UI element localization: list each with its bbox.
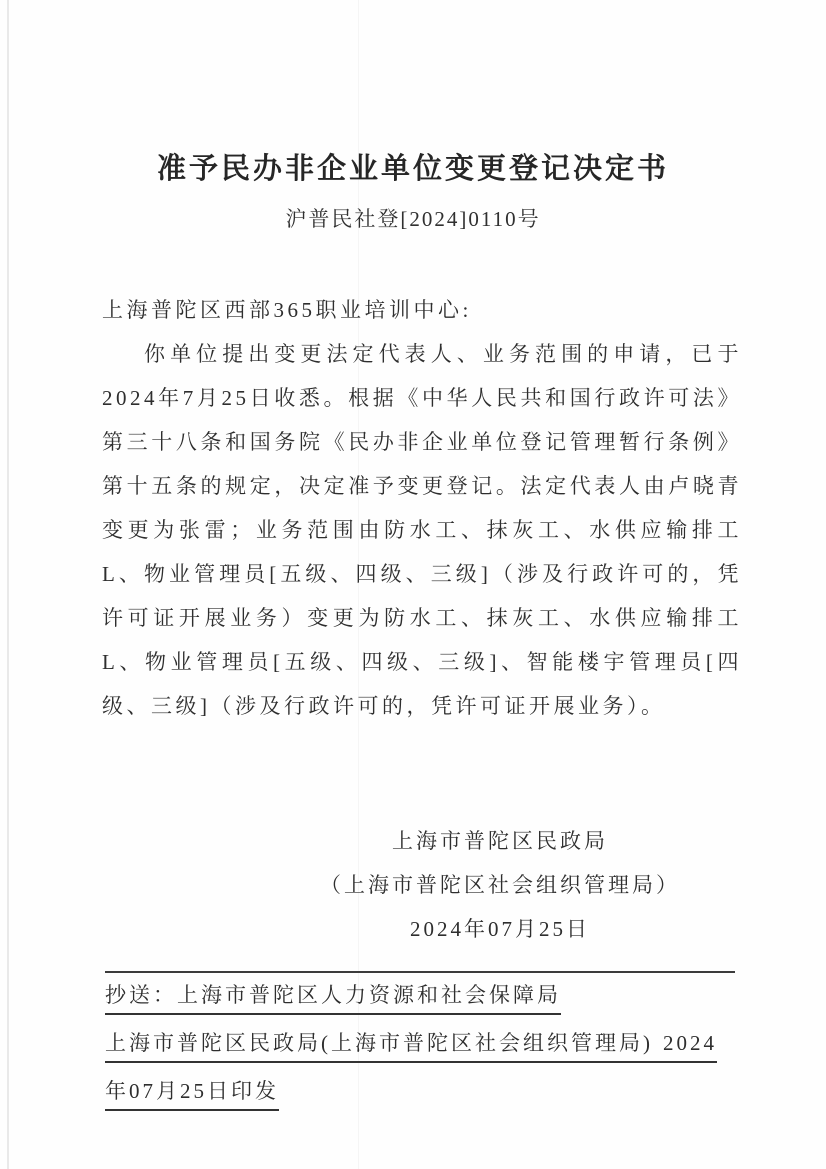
imprint-date-line: 年07月25日印发 (105, 1077, 279, 1111)
footer-separator-line (105, 971, 735, 973)
footer-issuer-row: 上海市普陀区民政局(上海市普陀区社会组织管理局) 2024 (105, 1029, 717, 1063)
document-title: 准予民办非企业单位变更登记决定书 (0, 146, 826, 187)
issuing-authority: 上海市普陀区民政局 (320, 819, 680, 863)
recipient-salutation: 上海普陀区西部365职业培训中心: (102, 288, 742, 332)
scanned-document-page: 准予民办非企业单位变更登记决定书 沪普民社登[2024]0110号 上海普陀区西… (0, 0, 826, 1169)
footer-date-row: 年07月25日印发 (105, 1077, 737, 1111)
imprint-year: 2024 (663, 1029, 717, 1057)
issuing-authority-alternate-name: （上海市普陀区社会组织管理局） (320, 863, 680, 907)
issuer-imprint-line: 上海市普陀区民政局(上海市普陀区社会组织管理局) (105, 1029, 653, 1057)
document-footer: 抄送：上海市普陀区人力资源和社会保障局 上海市普陀区民政局(上海市普陀区社会组织… (105, 971, 737, 1111)
decision-date: 2024年07月25日 (320, 907, 680, 951)
footer-cc-row: 抄送：上海市普陀区人力资源和社会保障局 (105, 981, 737, 1015)
cc-recipients-line: 抄送：上海市普陀区人力资源和社会保障局 (105, 981, 561, 1015)
signature-block: 上海市普陀区民政局 （上海市普陀区社会组织管理局） 2024年07月25日 (320, 819, 680, 951)
document-body: 上海普陀区西部365职业培训中心: 你单位提出变更法定代表人、业务范围的申请，已… (102, 288, 742, 728)
document-number: 沪普民社登[2024]0110号 (0, 203, 826, 233)
decision-body-paragraph: 你单位提出变更法定代表人、业务范围的申请，已于2024年7月25日收悉。根据《中… (102, 332, 742, 728)
